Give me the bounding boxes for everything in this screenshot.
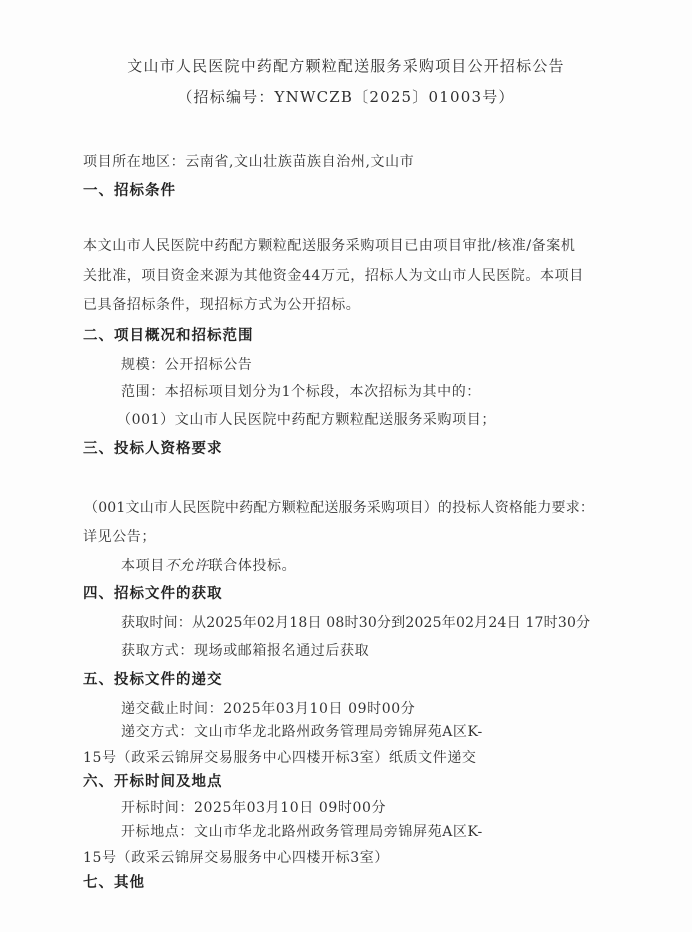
submission-deadline: 递交截止时间：2025年03月10日 09时00分 [121, 700, 415, 718]
document-acquisition-method: 获取方式：现场或邮箱报名通过后获取 [121, 642, 369, 660]
section-heading-7: 七、其他 [83, 874, 145, 892]
document-page: 文山市人民医院中药配方颗粒配送服务采购项目公开招标公告 （招标编号：YNWCZB… [0, 0, 692, 932]
consortium-flag: 不允许 [165, 558, 209, 574]
bid-opening-place-continued: 15号（政采云锦屏交易服务中心四楼开标3室） [83, 849, 389, 867]
consortium-prefix: 本项目 [121, 558, 165, 574]
submission-method-continued: 15号（政采云锦屏交易服务中心四楼开标3室）纸质文件递交 [83, 749, 477, 767]
project-region: 项目所在地区：云南省,文山壮族苗族自治州,文山市 [83, 153, 414, 171]
section-heading-4: 四、招标文件的获取 [83, 585, 223, 603]
qualification-requirement: （001文山市人民医院中药配方颗粒配送服务采购项目）的投标人资格能力要求： [84, 499, 594, 517]
project-scope: 范围：本招标项目划分为1个标段，本次招标为其中的： [121, 383, 481, 401]
section-1-paragraph-line: 已具备招标条件，现招标方式为公开招标。 [83, 296, 360, 314]
section-heading-5: 五、投标文件的递交 [83, 671, 223, 689]
bid-opening-time: 开标时间：2025年03月10日 09时00分 [121, 799, 386, 817]
section-heading-1: 一、招标条件 [83, 182, 176, 200]
section-heading-6: 六、开标时间及地点 [83, 773, 223, 791]
bid-opening-place: 开标地点：文山市华龙北路州政务管理局旁锦屏苑A区K- [121, 823, 483, 841]
consortium-suffix: 联合体投标。 [209, 558, 297, 574]
section-heading-2: 二、项目概况和招标范围 [83, 327, 254, 345]
section-1-paragraph-line: 本文山市人民医院中药配方颗粒配送服务采购项目已由项目审批/核准/备案机 [83, 237, 575, 255]
section-1-paragraph-line: 关批准，项目资金来源为其他资金44万元，招标人为文山市人民医院。本项目 [83, 267, 584, 285]
qualification-details: 详见公告； [83, 528, 156, 546]
document-title: 文山市人民医院中药配方颗粒配送服务采购项目公开招标公告 [0, 57, 692, 75]
tender-number: （招标编号：YNWCZB〔2025〕01003号） [0, 88, 692, 106]
project-lot: （001）文山市人民医院中药配方颗粒配送服务采购项目； [117, 411, 496, 429]
document-acquisition-time: 获取时间：从2025年02月18日 08时30分到2025年02月24日 17时… [121, 614, 590, 632]
section-heading-3: 三、投标人资格要求 [83, 440, 223, 458]
consortium-statement: 本项目不允许联合体投标。 [121, 557, 296, 575]
project-scale: 规模：公开招标公告 [121, 356, 252, 374]
submission-method: 递交方式：文山市华龙北路州政务管理局旁锦屏苑A区K- [121, 723, 483, 741]
